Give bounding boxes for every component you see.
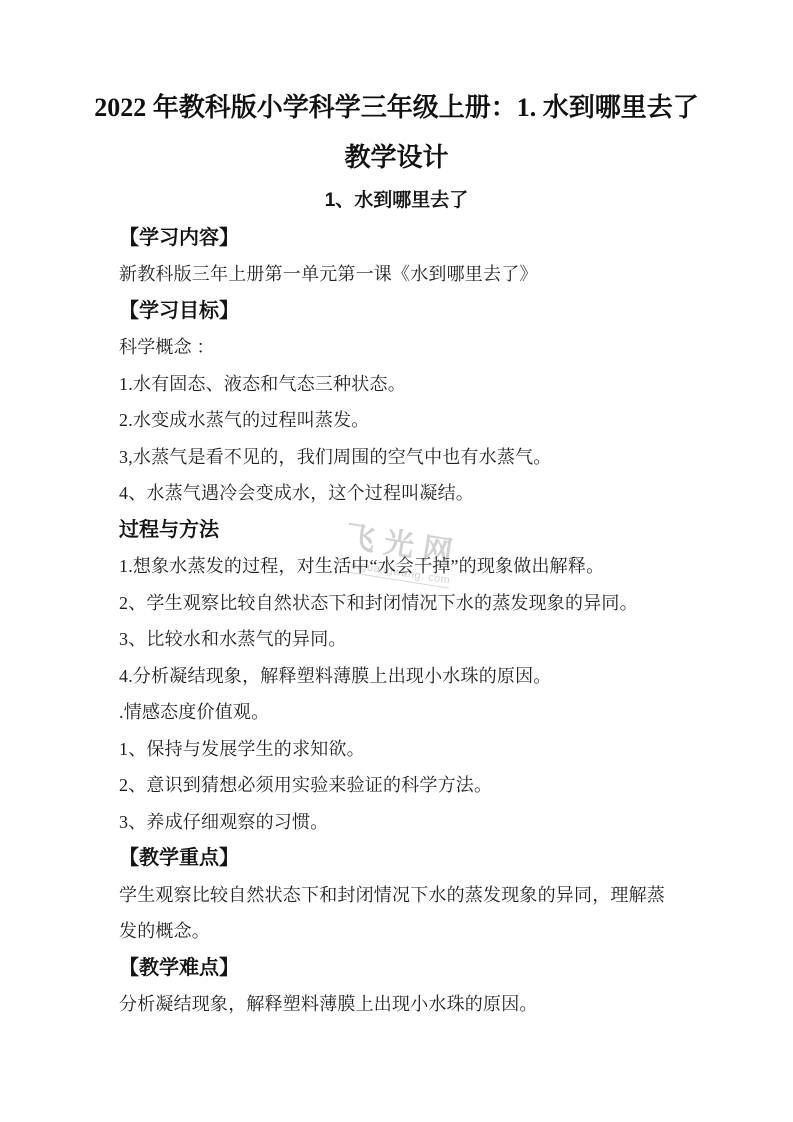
paragraph: 学生观察比较自然状态下和封闭情况下水的蒸发现象的异同，理解蒸发的概念。 [119,877,676,950]
paragraph: 3,水蒸气是看不见的，我们周围的空气中也有水蒸气。 [119,439,676,476]
paragraph: 1.水有固态、液态和气态三种状态。 [119,366,676,403]
paragraph: 1、保持与发展学生的求知欲。 [119,731,676,768]
paragraph: 科学概念 ： [119,329,676,366]
section-heading: 【学习内容】 [119,220,676,257]
paragraph: 4、水蒸气遇冷会变成水，这个过程叫凝结。 [119,475,676,512]
paragraph: 4.分析凝结现象，解释塑料薄膜上出现小水珠的原因。 [119,658,676,695]
paragraph: 分析凝结现象，解释塑料薄膜上出现小水珠的原因。 [119,986,676,1023]
paragraph: 1.想象水蒸发的过程，对生活中“水会干掉”的现象做出解释。 [119,548,676,585]
document-body: 2022 年教科版小学科学三年级上册：1. 水到哪里去了教学设计 1、水到哪里去… [0,0,793,1023]
section-heading: 过程与方法 [119,512,676,549]
section-heading: 【学习目标】 [119,293,676,330]
paragraph: .情感态度价值观。 [119,694,676,731]
doc-subtitle: 1、水到哪里去了 [0,183,793,220]
doc-title: 2022 年教科版小学科学三年级上册：1. 水到哪里去了教学设计 [0,83,793,183]
title-line: 教学设计 [0,133,793,183]
section-heading: 【教学难点】 [119,950,676,987]
title-line: 2022 年教科版小学科学三年级上册：1. 水到哪里去了 [0,83,793,133]
paragraph: 新教科版三年上册第一单元第一课《水到哪里去了》 [119,256,676,293]
doc-content: 【学习内容】新教科版三年上册第一单元第一课《水到哪里去了》【学习目标】科学概念 … [119,220,676,1023]
paragraph: 3、养成仔细观察的习惯。 [119,804,676,841]
paragraph: 3、比较水和水蒸气的异同。 [119,621,676,658]
paragraph: 2、学生观察比较自然状态下和封闭情况下水的蒸发现象的异同。 [119,585,676,622]
paragraph: 2.水变成水蒸气的过程叫蒸发。 [119,402,676,439]
document-page: 飞光网 feiguangwang. com 2022 年教科版小学科学三年级上册… [0,0,793,1122]
paragraph: 2、意识到猜想必须用实验来验证的科学方法。 [119,767,676,804]
section-heading: 【教学重点】 [119,840,676,877]
